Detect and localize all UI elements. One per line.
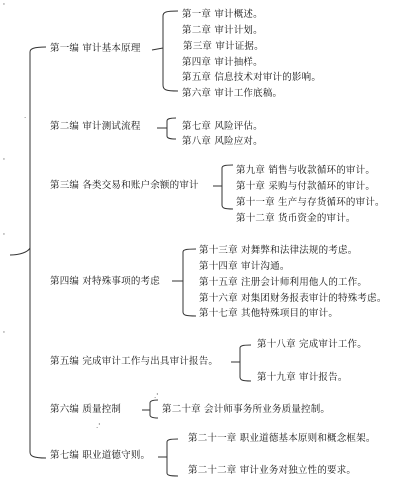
chapter-11: 第十一章 生产与存货循环的审计。 <box>236 197 385 209</box>
chapter-15: 第十五章 注册会计师利用他人的工作。 <box>199 277 367 289</box>
chapter-13: 第十三章 对舞弊和法律法规的考虑。 <box>199 245 357 257</box>
chapter-18: 第十八章 完成审计工作。 <box>257 339 367 351</box>
part-6-label: 第六编 质量控制 <box>50 404 121 416</box>
stray-mark: ' <box>3 330 5 338</box>
chapter-4: 第四章 审计抽样。 <box>182 57 263 69</box>
part-3-label: 第三编 各类交易和账户余额的审计 <box>50 180 199 192</box>
stray-mark: . <box>24 112 26 120</box>
chapter-6: 第六章 审计工作底稿。 <box>182 88 282 100</box>
part-1-label: 第一编 审计基本原理 <box>50 43 141 55</box>
stray-mark: ' <box>3 157 5 165</box>
chapter-5: 第五章 信息技术对审计的影响。 <box>182 72 321 84</box>
chapter-19: 第十九章 审计报告。 <box>257 372 348 384</box>
chapter-16: 第十六章 对集团财务报表审计的特殊考虑。 <box>199 293 387 305</box>
part-4-label: 第四编 对特殊事项的考虑 <box>50 276 160 288</box>
stray-mark: ' <box>3 2 5 10</box>
chapter-1: 第一章 审计概述。 <box>182 9 263 21</box>
part-2-label: 第二编 审计测试流程 <box>50 121 141 133</box>
chapter-17: 第十七章 其他特殊项目的审计。 <box>199 308 338 320</box>
chapter-8: 第八章 风险应对。 <box>182 136 263 148</box>
main-brace-top <box>10 47 46 255</box>
main-brace-bottom <box>30 262 46 458</box>
part-7-label: 第七编 职业道德守则。 <box>50 450 150 462</box>
chapter-9: 第九章 销售与收款循环的审计。 <box>236 165 375 177</box>
stray-mark: ' <box>3 232 5 240</box>
chapter-14: 第十四章 审计沟通。 <box>199 261 290 273</box>
stray-mark: .' <box>154 392 158 400</box>
part-5-label: 第五编 完成审计工作与出具审计报告。 <box>50 356 218 368</box>
chapter-7: 第七章 风险评估。 <box>182 121 263 133</box>
chapter-21: 第二十一章 职业道德基本原则和概念框架。 <box>188 433 376 445</box>
chapter-3: 第三章 审计证据。 <box>183 41 264 53</box>
stray-mark: .' <box>96 422 100 430</box>
chapter-2: 第二章 审计计划。 <box>182 25 263 37</box>
chapter-12: 第十二章 货币资金的审计。 <box>236 213 356 225</box>
chapter-20: 第二十章 会计师事务所业务质量控制。 <box>162 404 330 416</box>
chapter-22: 第二十二章 审计业务对独立性的要求。 <box>188 465 356 477</box>
chapter-10: 第十章 采购与付款循环的审计。 <box>236 181 375 193</box>
